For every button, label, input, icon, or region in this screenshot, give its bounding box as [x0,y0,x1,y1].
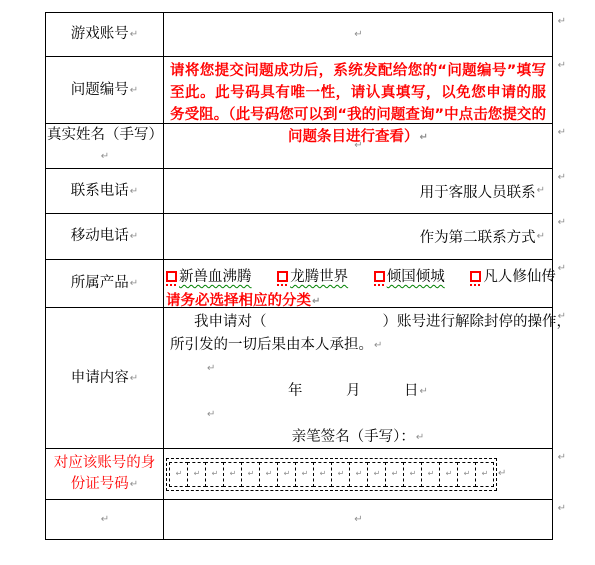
application-label: 申请内容 [71,370,129,386]
id-digit-cell[interactable]: ↵ [457,462,476,487]
id-digit-cells[interactable]: ↵↵↵↵↵↵↵↵↵↵↵↵↵↵↵↵↵↵ [166,458,497,491]
id-digit-cell[interactable]: ↵ [439,462,458,487]
application-body: 我申请对（ ）账号进行解除封停的操作， 所引发的一切后果由本人承担。↵ ↵ 年 … [164,308,552,452]
paragraph-mark: ↵ [212,470,219,478]
date-line: 年 月 日↵ [170,380,546,403]
mobile-phone-input-cell[interactable]: 作为第二联系方式↵ [164,214,552,259]
paragraph-mark: ↵ [464,470,471,478]
paragraph-mark: ↵ [230,470,237,478]
paragraph-mark: ↵ [446,470,453,478]
checkbox-icon[interactable] [470,271,481,282]
row-id-number: 对应该账号的身 份证号码↵ ↵↵↵↵↵↵↵↵↵↵↵↵↵↵↵↵↵↵ ↵ ↵ [46,449,552,500]
row-product: 所属产品↵ 新兽血沸腾 龙腾世界 倾国倾城 凡人修仙传 请务必选择相应的分类↵ … [46,260,552,308]
row-real-name: 真实姓名（手写）↵ ↵ ↵ [46,124,552,169]
application-body-cell: 我申请对（ ）账号进行解除封停的操作， 所引发的一切后果由本人承担。↵ ↵ 年 … [164,308,552,448]
signature-line: 亲笔签名（手写）：↵ [170,426,546,449]
empty-label-cell: ↵ [46,500,164,539]
contact-phone-label-cell: 联系电话↵ [46,169,164,213]
mobile-phone-hint: 作为第二联系方式 [420,226,536,247]
product-option-name: 凡人修仙传 [483,269,556,285]
paragraph-mark: ↵ [428,470,435,478]
row-mobile-phone: 移动电话↵ 作为第二联系方式↵ ↵ [46,214,552,260]
row-issue-number: 问题编号↵ 请将您提交问题成功后，系统发配给您的“问题编号”填写至此。此号码具有… [46,57,552,124]
paragraph-mark: ↵ [354,141,362,151]
game-account-label-cell: 游戏账号↵ [46,13,164,56]
paragraph-mark: ↵ [302,470,309,478]
end-of-row-mark: ↵ [558,127,566,138]
issue-number-label: 问题编号 [71,82,129,98]
paragraph-mark: ↵ [374,470,381,478]
end-of-row-mark: ↵ [558,217,566,228]
paragraph-mark: ↵ [416,432,424,443]
paragraph-mark: ↵ [130,479,138,490]
issue-number-note-cell: 请将您提交问题成功后，系统发配给您的“问题编号”填写至此。此号码具有唯一性，请认… [164,57,552,123]
mobile-phone-label: 移动电话 [71,228,129,244]
paragraph-mark: ↵ [392,470,399,478]
signature-line-text: 亲笔签名（手写）： [292,429,415,445]
id-digit-cell[interactable]: ↵ [403,462,422,487]
paragraph-mark: ↵ [482,470,489,478]
paragraph-mark: ↵ [420,386,428,397]
paragraph-mark: ↵ [130,29,138,40]
paragraph-mark: ↵ [194,470,201,478]
product-option: 新兽血沸腾 [166,265,252,286]
paragraph-mark: ↵ [207,363,215,374]
product-option: 倾国倾城 [374,265,445,286]
product-options-line: 新兽血沸腾 龙腾世界 倾国倾城 凡人修仙传 [164,260,552,286]
paragraph-mark: ↵ [498,469,506,479]
end-of-row-mark: ↵ [558,311,566,322]
id-digit-cell[interactable]: ↵ [349,462,368,487]
paragraph-mark: ↵ [354,30,362,40]
end-of-row-mark: ↵ [558,263,566,274]
paragraph-mark: ↵ [101,514,109,525]
game-account-input-cell[interactable]: ↵ [164,13,552,56]
id-digit-cell[interactable]: ↵ [241,462,260,487]
product-option: 龙腾世界 [277,265,348,286]
paragraph-mark: ↵ [410,470,417,478]
application-label-cell: 申请内容↵ [46,308,164,448]
id-digit-cell[interactable]: ↵ [421,462,440,487]
paragraph-mark: ↵ [537,232,545,242]
application-form-table: 游戏账号↵ ↵ ↵ 问题编号↵ 请将您提交问题成功后，系统发配给您的“问题编号”… [45,12,553,540]
issue-number-label-cell: 问题编号↵ [46,57,164,123]
paragraph-mark: ↵ [207,409,215,420]
id-number-label-cell: 对应该账号的身 份证号码↵ [46,449,164,499]
paragraph-mark: ↵ [374,340,382,351]
id-digit-cell[interactable]: ↵ [385,462,404,487]
id-digit-cell[interactable]: ↵ [187,462,206,487]
paragraph-mark: ↵ [356,470,363,478]
id-digit-cell[interactable]: ↵ [223,462,242,487]
empty-line: ↵ [170,403,546,426]
id-digit-cell[interactable]: ↵ [331,462,350,487]
real-name-label-cell: 真实姓名（手写）↵ [46,124,164,168]
mobile-phone-label-cell: 移动电话↵ [46,214,164,259]
empty-content-cell: ↵ [164,500,552,539]
checkbox-icon[interactable] [277,271,288,282]
product-option: 凡人修仙传 [470,265,556,286]
row-empty: ↵ ↵ ↵ [46,500,552,539]
row-contact-phone: 联系电话↵ 用于客服人员联系↵ ↵ [46,169,552,214]
id-digit-cell[interactable]: ↵ [169,462,188,487]
product-warning-text: 请务必选择相应的分类 [166,293,311,309]
contact-phone-label: 联系电话 [71,183,129,199]
end-of-row-mark: ↵ [558,503,566,514]
product-warning: 请务必选择相应的分类↵ [164,286,552,310]
id-digit-cell[interactable]: ↵ [277,462,296,487]
id-number-label-line2: 份证号码 [71,476,129,492]
end-of-row-mark: ↵ [558,16,566,27]
id-number-label-line1: 对应该账号的身 [54,455,156,471]
product-option-name: 倾国倾城 [387,269,445,285]
end-of-row-mark: ↵ [558,60,566,71]
application-line2: 所引发的一切后果由本人承担。↵ [170,334,546,357]
product-option-name: 新兽血沸腾 [179,269,252,285]
end-of-row-mark: ↵ [558,172,566,183]
end-of-row-mark: ↵ [558,452,566,463]
paragraph-mark: ↵ [130,231,138,242]
product-label: 所属产品 [71,275,129,291]
id-digit-cell[interactable]: ↵ [259,462,278,487]
paragraph-mark: ↵ [537,186,545,196]
paragraph-mark: ↵ [130,373,138,384]
paragraph-mark: ↵ [130,278,138,289]
paragraph-mark: ↵ [320,470,327,478]
contact-phone-input-cell[interactable]: 用于客服人员联系↵ [164,169,552,213]
id-digit-cell[interactable]: ↵ [295,462,314,487]
product-options-cell: 新兽血沸腾 龙腾世界 倾国倾城 凡人修仙传 请务必选择相应的分类↵ [164,260,552,307]
id-digit-cell[interactable]: ↵ [205,462,224,487]
real-name-label: 真实姓名（手写） [47,127,163,143]
paragraph-mark: ↵ [248,470,255,478]
game-account-label: 游戏账号 [71,26,129,42]
paragraph-mark: ↵ [101,151,109,162]
paragraph-mark: ↵ [176,470,183,478]
document-page: 游戏账号↵ ↵ ↵ 问题编号↵ 请将您提交问题成功后，系统发配给您的“问题编号”… [0,0,595,565]
application-line1: 我申请对（ ）账号进行解除封停的操作， [170,311,546,334]
id-digit-cell[interactable]: ↵ [475,462,494,487]
row-game-account: 游戏账号↵ ↵ ↵ [46,13,552,57]
paragraph-mark: ↵ [284,470,291,478]
product-option-name: 龙腾世界 [290,269,348,285]
row-application-content: 申请内容↵ 我申请对（ ）账号进行解除封停的操作， 所引发的一切后果由本人承担。… [46,308,552,449]
checkbox-icon[interactable] [166,271,177,282]
paragraph-mark: ↵ [354,515,362,525]
paragraph-mark: ↵ [312,296,320,307]
empty-line: ↵ [170,357,546,380]
application-line2-text: 所引发的一切后果由本人承担。 [170,337,373,353]
id-digit-cell[interactable]: ↵ [313,462,332,487]
id-number-input-cell: ↵↵↵↵↵↵↵↵↵↵↵↵↵↵↵↵↵↵ ↵ [164,449,552,499]
paragraph-mark: ↵ [130,186,138,197]
contact-phone-hint: 用于客服人员联系 [420,181,536,202]
real-name-input-cell[interactable]: ↵ [164,124,552,168]
product-label-cell: 所属产品↵ [46,260,164,307]
checkbox-icon[interactable] [374,271,385,282]
date-line-text: 年 月 日 [288,383,419,399]
paragraph-mark: ↵ [266,470,273,478]
id-digit-cell[interactable]: ↵ [367,462,386,487]
paragraph-mark: ↵ [130,85,138,96]
paragraph-mark: ↵ [338,470,345,478]
